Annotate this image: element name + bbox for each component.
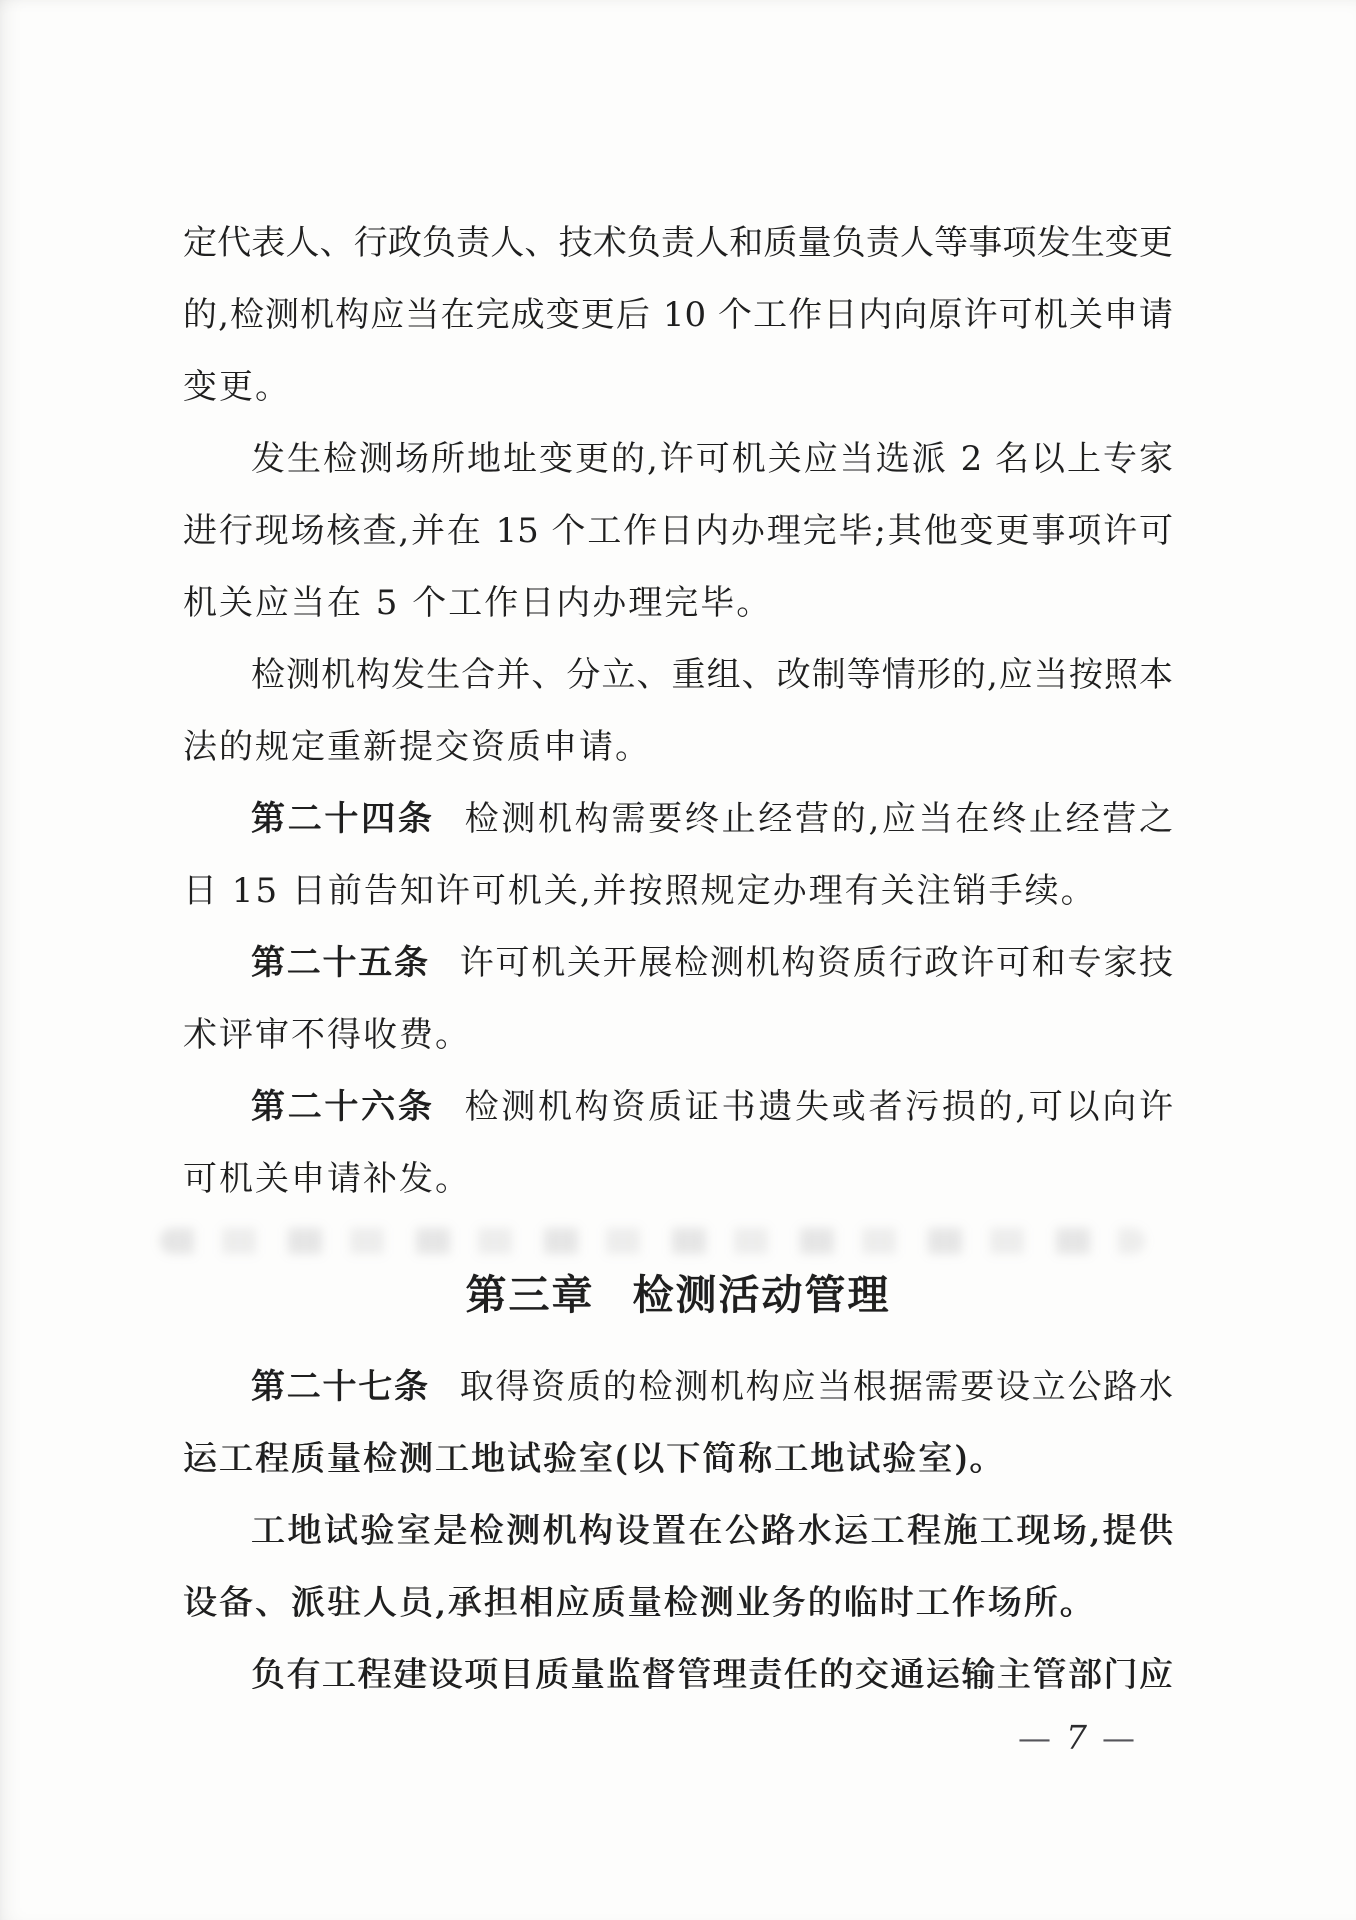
text-line: 运工程质量检测工地试验室(以下简称工地试验室)。 bbox=[183, 1423, 1173, 1495]
text-line: 术评审不得收费。 bbox=[183, 999, 1173, 1071]
text-line: 检测机构发生合并、分立、重组、改制等情形的,应当按照本办 bbox=[183, 639, 1173, 711]
text-line: 的,检测机构应当在完成变更后 10 个工作日内向原许可机关申请 bbox=[183, 279, 1173, 351]
text-line: 第二十七条取得资质的检测机构应当根据需要设立公路水 bbox=[183, 1351, 1173, 1423]
text-line: 可机关申请补发。 bbox=[183, 1143, 1173, 1215]
text-line: 日 15 日前告知许可机关,并按照规定办理有关注销手续。 bbox=[183, 855, 1173, 927]
article-text: 检测机构资质证书遗失或者污损的,可以向许 bbox=[465, 1087, 1173, 1127]
document-page: 定代表人、行政负责人、技术负责人和质量负责人等事项发生变更 的,检测机构应当在完… bbox=[0, 0, 1356, 1920]
page-number-dash-right: — bbox=[1102, 1718, 1135, 1757]
text-line: 第二十六条检测机构资质证书遗失或者污损的,可以向许 bbox=[183, 1071, 1173, 1143]
text-line: 第二十五条许可机关开展检测机构资质行政许可和专家技 bbox=[183, 927, 1173, 999]
article-number: 第二十六条 bbox=[251, 1087, 435, 1127]
page-number-dash-left: — bbox=[1018, 1718, 1051, 1757]
text-line: 发生检测场所地址变更的,许可机关应当选派 2 名以上专家 bbox=[183, 423, 1173, 495]
chapter-title: 检测活动管理 bbox=[633, 1271, 891, 1319]
chapter-number: 第三章 bbox=[466, 1271, 595, 1319]
text-line: 工地试验室是检测机构设置在公路水运工程施工现场,提供 bbox=[183, 1495, 1173, 1567]
article-number: 第二十五条 bbox=[251, 943, 430, 983]
page-number: —7— bbox=[1018, 1712, 1135, 1764]
article-text: 检测机构需要终止经营的,应当在终止经营之 bbox=[465, 799, 1173, 839]
text-line: 定代表人、行政负责人、技术负责人和质量负责人等事项发生变更 bbox=[183, 207, 1173, 279]
text-line: 机关应当在 5 个工作日内办理完毕。 bbox=[183, 567, 1173, 639]
chapter-heading: 第三章检测活动管理 bbox=[183, 1259, 1173, 1331]
article-number: 第二十四条 bbox=[251, 799, 435, 839]
text-line: 进行现场核查,并在 15 个工作日内办理完毕;其他变更事项许可 bbox=[183, 495, 1173, 567]
text-line: 负有工程建设项目质量监督管理责任的交通运输主管部门应 bbox=[183, 1639, 1173, 1711]
page-number-value: 7 bbox=[1066, 1718, 1087, 1757]
article-number: 第二十七条 bbox=[251, 1367, 430, 1407]
text-line: 变更。 bbox=[183, 351, 1173, 423]
article-text: 许可机关开展检测机构资质行政许可和专家技 bbox=[460, 943, 1173, 983]
text-line: 设备、派驻人员,承担相应质量检测业务的临时工作场所。 bbox=[183, 1567, 1173, 1639]
document-body: 定代表人、行政负责人、技术负责人和质量负责人等事项发生变更 的,检测机构应当在完… bbox=[183, 207, 1173, 1711]
text-line: 第二十四条检测机构需要终止经营的,应当在终止经营之 bbox=[183, 783, 1173, 855]
text-line: 法的规定重新提交资质申请。 bbox=[183, 711, 1173, 783]
article-text: 取得资质的检测机构应当根据需要设立公路水 bbox=[460, 1367, 1173, 1407]
